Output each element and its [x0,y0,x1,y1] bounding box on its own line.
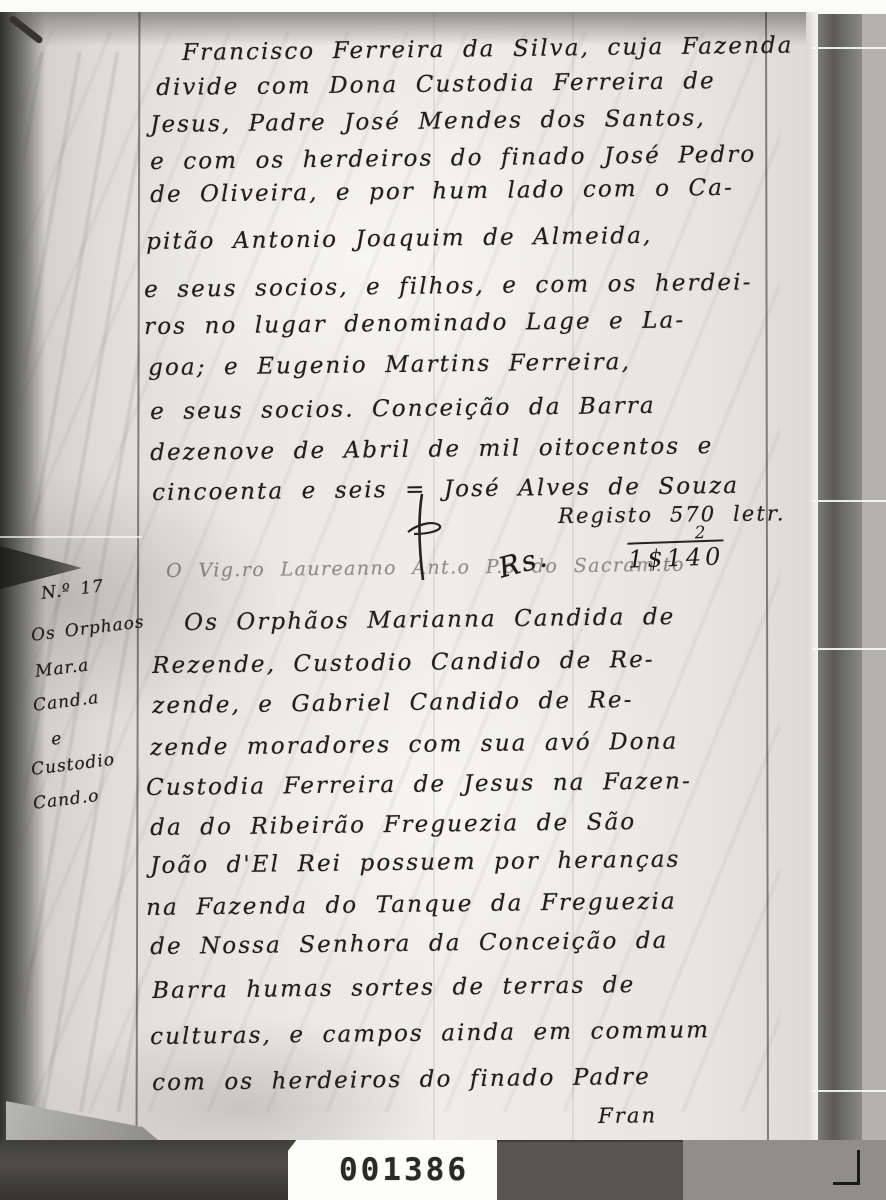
crop-corner-mark [833,1150,860,1185]
manuscript-page: Francisco Ferreira da Silva, cuja Fazend… [0,12,812,1140]
document-scan: Francisco Ferreira da Silva, cuja Fazend… [0,0,886,1200]
paper-crease-horizontal [0,536,142,538]
fee-superscript: 2 [694,523,706,543]
scan-top-margin [0,0,886,12]
archive-number-label: 001386 [288,1140,497,1200]
page-edge-hairline [812,47,886,49]
book-edge [862,14,886,1200]
adjacent-page-edge [818,14,862,1200]
catchword: Fran [598,1103,657,1128]
page-edge-gap [806,12,818,1140]
page-edge-hairline [812,648,886,650]
page-edge-hairline [812,500,886,502]
margin-note-line: e [50,729,63,750]
page-edge-hairline [812,1090,886,1092]
archive-number: 001386 [339,1152,469,1188]
gray-block [497,1142,683,1200]
register-annotation: Registo 570 letr. [558,501,786,528]
